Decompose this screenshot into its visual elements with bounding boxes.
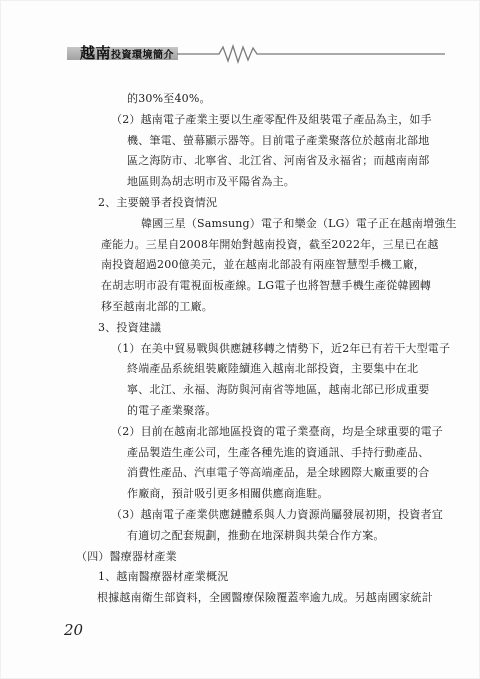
section-heading: 2、主要競爭者投資情況 (1, 193, 479, 214)
text-line: 根據越南衛生部資料，全國醫療保險覆蓋率逾九成。另越南國家統計 (1, 588, 479, 609)
text-line: 產能力。三星自2008年開始對越南投資，截至2022年，三星已在越 (1, 235, 479, 256)
text-line: 地區則為胡志明市及平陽省為主。 (1, 172, 479, 193)
text-line: （2）目前在越南北部地區投資的電子業臺商，均是全球重要的電子 (1, 422, 479, 443)
header-title-sub: 投資環境簡介 (111, 46, 174, 61)
text-line: （3）越南電子產業供應鏈體系與人力資源尚屬發展初期，投資者宜 (1, 505, 479, 526)
heartbeat-line-icon (177, 44, 449, 66)
text-line: 在胡志明市設有電視面板產線。LG電子也將智慧手機生產從韓國轉 (1, 276, 479, 297)
text-line: 的電子產業聚落。 (1, 401, 479, 422)
section-heading: 3、投資建議 (1, 318, 479, 339)
text-line: （1）在美中貿易戰與供應鏈移轉之情勢下，近2年已有若干大型電子 (1, 339, 479, 360)
text-line: 南投資超過200億美元，並在越南北部設有兩座智慧型手機工廠， (1, 255, 479, 276)
header-bar: 越南投資環境簡介 (67, 47, 178, 60)
header-title-main: 越南 (80, 42, 111, 63)
text-line: 移至越南北部的工廠。 (1, 297, 479, 318)
text-line: 的30%至40%。 (1, 89, 479, 110)
document-page: 越南投資環境簡介 的30%至40%。 （2）越南電子產業主要以生產零配件及組裝電… (0, 0, 480, 679)
body-text: 的30%至40%。 （2）越南電子產業主要以生產零配件及組裝電子產品為主，如手 … (1, 89, 479, 609)
text-line: 消費性產品、汽車電子等高端產品，是全球國際大廠重要的合 (1, 463, 479, 484)
text-line: 寧、北江、永福、海防與河南省等地區，越南北部已形成重要 (1, 380, 479, 401)
section-heading: 1、越南醫療器材產業概況 (1, 567, 479, 588)
page-header-title: 越南投資環境簡介 (80, 42, 174, 63)
text-line: （2）越南電子產業主要以生產零配件及組裝電子產品為主，如手 (1, 110, 479, 131)
text-line: 有適切之配套規劃，推動在地深耕與共榮合作方案。 (1, 526, 479, 547)
text-line: 產品製造生產公司，生產各種先進的資通訊、手持行動產品、 (1, 443, 479, 464)
section-heading: （四）醫療器材產業 (1, 547, 479, 568)
text-line: 終端產品系統組裝廠陸續進入越南北部投資，主要集中在北 (1, 359, 479, 380)
text-line: 機、筆電、螢幕顯示器等。目前電子產業聚落位於越南北部地 (1, 131, 479, 152)
text-line: 作廠商，預計吸引更多相關供應商進駐。 (1, 484, 479, 505)
text-line: 區之海防市、北寧省、北江省、河南省及永福省；而越南南部 (1, 151, 479, 172)
page-number: 20 (64, 621, 83, 639)
text-line: 韓國三星（Samsung）電子和樂金（LG）電子正在越南增強生 (1, 214, 479, 235)
